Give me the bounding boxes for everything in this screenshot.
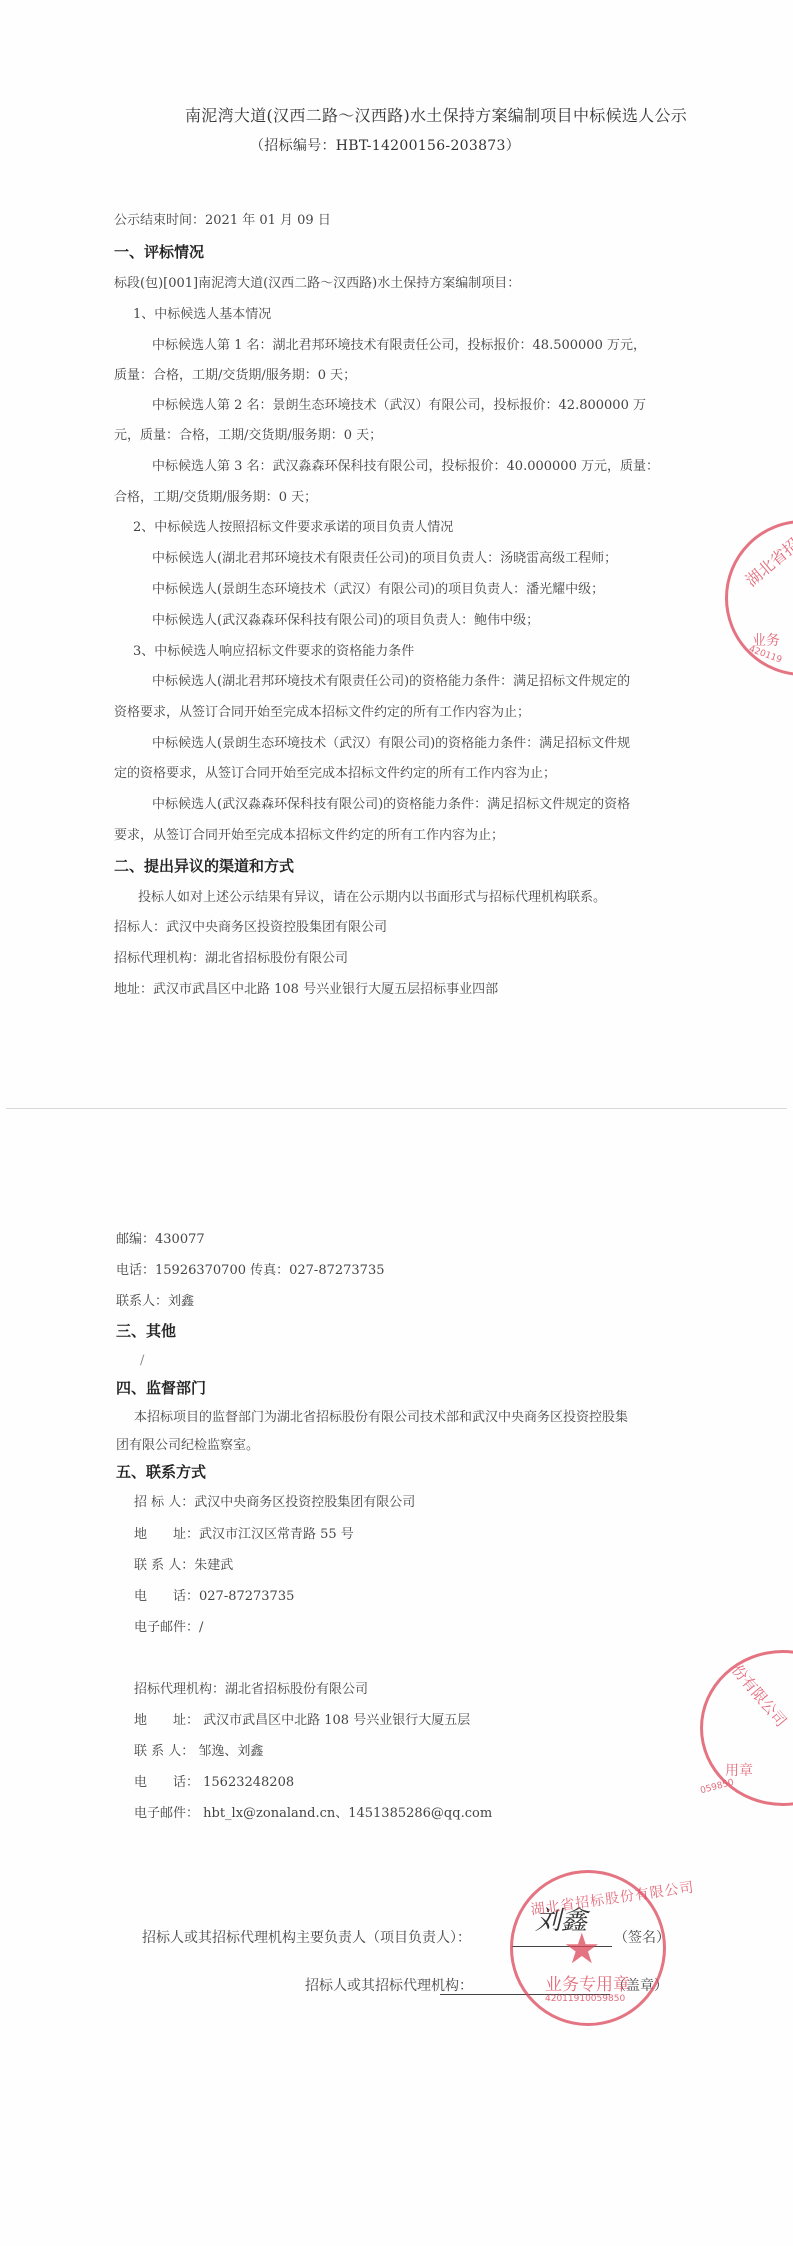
announcement-end-time: 公示结束时间：2021 年 01 月 09 日 — [114, 213, 331, 229]
seal-label: 招标人或其招标代理机构： — [305, 1978, 473, 1994]
project-leader-3: 中标候选人(武汉淼森环保科技有限公司)的项目负责人：鲍伟中级； — [152, 613, 539, 629]
address-line: 地址：武汉市武昌区中北路 108 号兴业银行大厦五层招标事业四部 — [114, 982, 498, 998]
project-leader-2: 中标候选人(景朗生态环境技术（武汉）有限公司)的项目负责人：潘光耀中级； — [152, 582, 604, 598]
contact-tenderer-phone: 电 话：027-87273735 — [134, 1589, 294, 1605]
tender-code: （招标编号：HBT-14200156-203873） — [250, 138, 520, 154]
project-leader-1: 中标候选人(湖北君邦环境技术有限责任公司)的项目负责人：汤晓雷高级工程师； — [152, 551, 617, 567]
document-page-1: 南泥湾大道(汉西二路～汉西路)水土保持方案编制项目中标候选人公示 （招标编号：H… — [0, 0, 793, 1108]
candidate-3-line2: 合格，工期/交货期/服务期：0 天； — [114, 490, 317, 506]
subsection-2-heading: 2、中标候选人按照招标文件要求承诺的项目负责人情况 — [133, 520, 453, 536]
document-title: 南泥湾大道(汉西二路～汉西路)水土保持方案编制项目中标候选人公示 — [185, 108, 687, 124]
contact-tenderer-name: 招 标 人：武汉中央商务区投资控股集团有限公司 — [134, 1495, 415, 1511]
phone-fax-line: 电话：15926370700 传真：027-87273735 — [116, 1263, 385, 1279]
business-seal-number: 42011910059850 — [545, 1994, 625, 2004]
contact-agency-email: 电子邮件： hbt_lx@zonaland.cn、1451385286@qq.c… — [134, 1806, 492, 1822]
section-3-text: / — [140, 1353, 144, 1369]
candidate-2-line1: 中标候选人第 2 名：景朗生态环境技术（武汉）有限公司，投标报价：42.8000… — [152, 398, 646, 414]
candidate-3-line1: 中标候选人第 3 名：武汉淼森环保科技有限公司，投标报价：40.000000 万… — [152, 459, 659, 475]
contact-person-line: 联系人：刘鑫 — [116, 1294, 194, 1310]
section-3-heading: 三、其他 — [116, 1323, 176, 1339]
supervision-line1: 本招标项目的监督部门为湖北省招标股份有限公司技术部和武汉中央商务区投资控股集 — [134, 1410, 628, 1426]
signature-label: 招标人或其招标代理机构主要负责人（项目负责人）： — [142, 1930, 471, 1946]
contact-agency-phone: 电 话： 15623248208 — [134, 1775, 294, 1791]
qualification-3-line2: 要求，从签订合同开始至完成本招标文件约定的所有工作内容为止； — [114, 828, 504, 844]
package-line: 标段(包)[001]南泥湾大道(汉西二路～汉西路)水土保持方案编制项目： — [114, 276, 520, 292]
contact-agency-person: 联 系 人： 邹逸、刘鑫 — [134, 1744, 263, 1760]
agency-line: 招标代理机构：湖北省招标股份有限公司 — [114, 951, 348, 967]
contact-tenderer-person: 联 系 人：朱建武 — [134, 1558, 233, 1574]
contact-agency-name: 招标代理机构：湖北省招标股份有限公司 — [134, 1682, 368, 1698]
contact-tenderer-email: 电子邮件：/ — [134, 1620, 203, 1636]
seal-number-2: 059850 — [699, 1778, 735, 1797]
qualification-3-line1: 中标候选人(武汉淼森环保科技有限公司)的资格能力条件：满足招标文件规定的资格 — [152, 797, 630, 813]
section-4-heading: 四、监督部门 — [116, 1380, 206, 1396]
subsection-3-heading: 3、中标候选人响应招标文件要求的资格能力条件 — [133, 644, 414, 660]
section-2-heading: 二、提出异议的渠道和方式 — [114, 858, 294, 874]
business-seal-purpose: 业务专用章 — [545, 1970, 630, 1995]
section-5-heading: 五、联系方式 — [116, 1464, 206, 1480]
page-divider — [6, 1108, 787, 1109]
document-page-2: 邮编：430077 电话：15926370700 传真：027-87273735… — [0, 1110, 793, 2246]
supervision-line2: 团有限公司纪检监察室。 — [116, 1438, 259, 1454]
candidate-2-line2: 元，质量：合格，工期/交货期/服务期：0 天； — [114, 428, 382, 444]
postcode-line: 邮编：430077 — [116, 1232, 205, 1248]
section-1-heading: 一、评标情况 — [114, 244, 204, 260]
tenderer-line: 招标人：武汉中央商务区投资控股集团有限公司 — [114, 920, 387, 936]
candidate-1-line2: 质量：合格，工期/交货期/服务期：0 天； — [114, 368, 356, 384]
seal-star-icon: ★ — [563, 1928, 601, 1970]
candidate-1-line1: 中标候选人第 1 名：湖北君邦环境技术有限责任公司，投标报价：48.500000… — [152, 338, 646, 354]
qualification-1-line1: 中标候选人(湖北君邦环境技术有限责任公司)的资格能力条件：满足招标文件规定的 — [152, 674, 630, 690]
qualification-2-line1: 中标候选人(景朗生态环境技术（武汉）有限公司)的资格能力条件：满足招标文件规 — [152, 736, 630, 752]
objection-text: 投标人如对上述公示结果有异议，请在公示期内以书面形式与招标代理机构联系。 — [138, 890, 606, 906]
qualification-2-line2: 定的资格要求，从签订合同开始至完成本招标文件约定的所有工作内容为止； — [114, 766, 556, 782]
seal-text-center-2: 用章 — [725, 1760, 753, 1780]
contact-agency-address: 地 址： 武汉市武昌区中北路 108 号兴业银行大厦五层 — [134, 1713, 470, 1729]
subsection-1-heading: 1、中标候选人基本情况 — [133, 307, 271, 323]
contact-tenderer-address: 地 址：武汉市江汉区常青路 55 号 — [134, 1527, 354, 1543]
qualification-1-line2: 资格要求，从签订合同开始至完成本招标文件约定的所有工作内容为止； — [114, 705, 530, 721]
